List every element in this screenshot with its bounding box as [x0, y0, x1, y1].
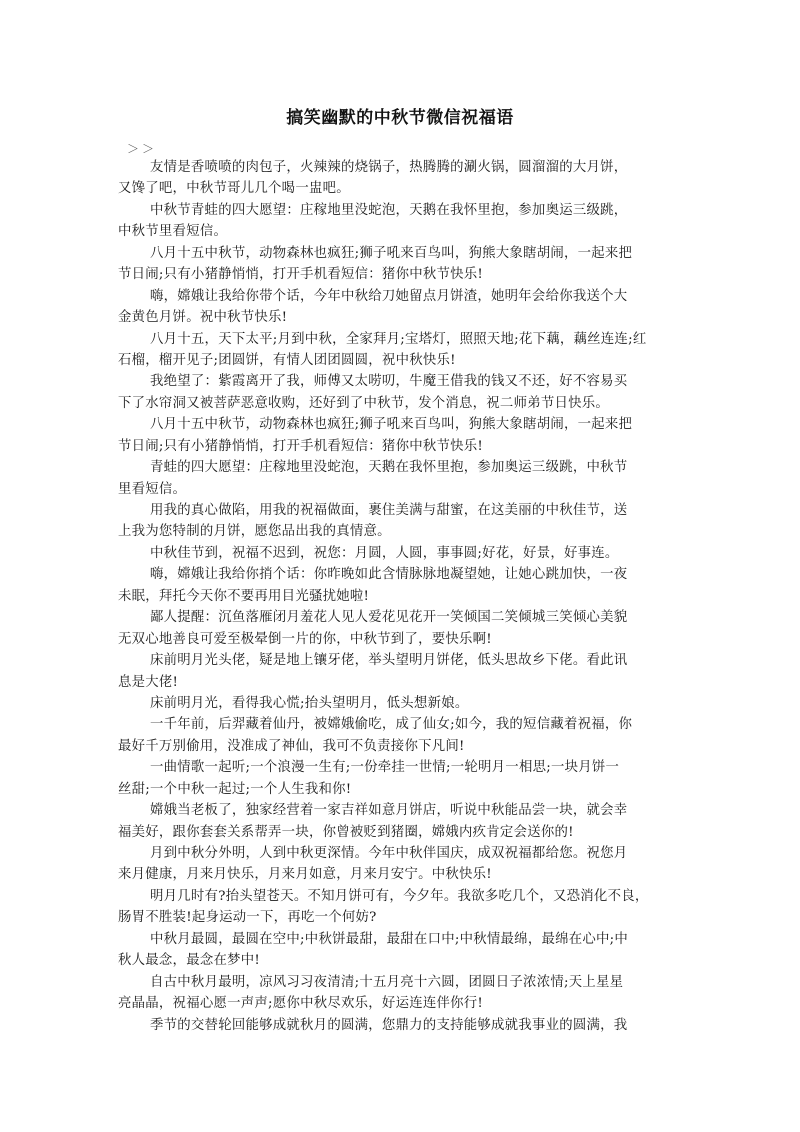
section-marker: ＞＞ [127, 141, 157, 157]
paragraph-line: 里看短信。 [118, 479, 688, 500]
paragraph-line: 明月几时有?抬头望苍天。不知月饼可有，今夕年。我欲多吃几个，又恐消化不良， [118, 886, 688, 907]
page-title: 搞笑幽默的中秋节微信祝福语 [0, 106, 800, 130]
paragraph-line: 亮晶晶，祝福心愿一声声;愿你中秋尽欢乐，好运连连伴你行! [118, 993, 688, 1014]
paragraph-line: 石榴，榴开见子;团圆饼，有情人团团圆圆，祝中秋快乐! [118, 350, 688, 371]
paragraph-line: 季节的交替轮回能够成就秋月的圆满，您鼎力的支持能够成就我事业的圆满，我 [118, 1015, 688, 1036]
paragraph: 嫦娥当老板了，独家经营着一家吉祥如意月饼店，听说中秋能品尝一块，就会幸福美好，跟… [118, 800, 688, 843]
paragraph-line: 友情是香喷喷的肉包子，火辣辣的烧锅子，热腾腾的涮火锅，圆溜溜的大月饼， [118, 157, 688, 178]
paragraph-line: 我绝望了：紫霞离开了我，师傅又太唠叨，牛魔王借我的钱又不还，好不容易买 [118, 371, 688, 392]
paragraph: 床前明月光，看得我心慌;抬头望明月，低头想新娘。 [118, 693, 688, 714]
paragraph: 中秋佳节到，祝福不迟到，祝您：月圆，人圆，事事圆;好花，好景，好事连。 [118, 543, 688, 564]
paragraph: 自古中秋月最明，凉风习习夜清清;十五月亮十六圆，团圆日子浓浓情;天上星星亮晶晶，… [118, 972, 688, 1015]
paragraph-line: 用我的真心做陷，用我的祝福做面，裹住美满与甜蜜，在这美丽的中秋佳节，送 [118, 500, 688, 521]
paragraph: 青蛙的四大愿望：庄稼地里没蛇泡，天鹅在我怀里抱，参加奥运三级跳，中秋节里看短信。 [118, 457, 688, 500]
paragraph-line: 来月健康，月来月快乐，月来月如意，月来月安宁。中秋快乐! [118, 864, 688, 885]
paragraph: 中秋月最圆，最圆在空中;中秋饼最甜，最甜在口中;中秋情最绵，最绵在心中;中秋人最… [118, 929, 688, 972]
paragraph-line: 又馋了吧，中秋节哥儿几个喝一盅吧。 [118, 178, 688, 199]
paragraph-line: 嫦娥当老板了，独家经营着一家吉祥如意月饼店，听说中秋能品尝一块，就会幸 [118, 800, 688, 821]
paragraph-line: 节日闹;只有小猪静悄悄，打开手机看短信：猪你中秋节快乐! [118, 264, 688, 285]
paragraph: 明月几时有?抬头望苍天。不知月饼可有，今夕年。我欲多吃几个，又恐消化不良，肠胃不… [118, 886, 688, 929]
paragraph: 一曲情歌一起听;一个浪漫一生有;一份牵挂一世情;一轮明月一相思;一块月饼一丝甜;… [118, 757, 688, 800]
paragraph: 八月十五中秋节，动物森林也疯狂;狮子吼来百鸟叫，狗熊大象瞎胡闹，一起来把节日闹;… [118, 414, 688, 457]
paragraph: 一千年前，后羿藏着仙丹，被嫦娥偷吃，成了仙女;如今，我的短信藏着祝福，你最好千万… [118, 714, 688, 757]
paragraph: 床前明月光头佬，疑是地上镶牙佬，举头望明月饼佬，低头思故乡下佬。看此讯息是大佬! [118, 650, 688, 693]
document-page: 搞笑幽默的中秋节微信祝福语 ＞＞ 友情是香喷喷的肉包子，火辣辣的烧锅子，热腾腾的… [0, 0, 800, 1132]
paragraph-line: 一千年前，后羿藏着仙丹，被嫦娥偷吃，成了仙女;如今，我的短信藏着祝福，你 [118, 714, 688, 735]
paragraph-line: 肠胃不胜装!起身运动一下，再吃一个何妨? [118, 907, 688, 928]
paragraph: 月到中秋分外明，人到中秋更深情。今年中秋伴国庆，成双祝福都给您。祝您月来月健康，… [118, 843, 688, 886]
paragraph-line: 中秋节青蛙的四大愿望：庄稼地里没蛇泡，天鹅在我怀里抱，参加奥运三级跳， [118, 200, 688, 221]
paragraph: 用我的真心做陷，用我的祝福做面，裹住美满与甜蜜，在这美丽的中秋佳节，送上我为您特… [118, 500, 688, 543]
paragraph-line: 金黄色月饼。祝中秋节快乐! [118, 307, 688, 328]
paragraph: 八月十五，天下太平;月到中秋，全家拜月;宝塔灯，照照天地;花下藕，藕丝连连;红石… [118, 329, 688, 372]
document-body: 友情是香喷喷的肉包子，火辣辣的烧锅子，热腾腾的涮火锅，圆溜溜的大月饼，又馋了吧，… [118, 157, 688, 1036]
paragraph-line: 最好千万别偷用，没准成了神仙，我可不负责接你下凡间! [118, 736, 688, 757]
paragraph-line: 丝甜;一个中秋一起过;一个人生我和你! [118, 779, 688, 800]
paragraph-line: 青蛙的四大愿望：庄稼地里没蛇泡，天鹅在我怀里抱，参加奥运三级跳，中秋节 [118, 457, 688, 478]
paragraph-line: 中秋佳节到，祝福不迟到，祝您：月圆，人圆，事事圆;好花，好景，好事连。 [118, 543, 688, 564]
paragraph-line: 息是大佬! [118, 672, 688, 693]
paragraph-line: 无双心地善良可爱至极晕倒一片的你，中秋节到了，要快乐啊! [118, 629, 688, 650]
paragraph: 鄙人提醒：沉鱼落雁闭月羞花人见人爱花见花开一笑倾国二笑倾城三笑倾心美貌无双心地善… [118, 607, 688, 650]
paragraph-line: 中秋节里看短信。 [118, 221, 688, 242]
paragraph: 友情是香喷喷的肉包子，火辣辣的烧锅子，热腾腾的涮火锅，圆溜溜的大月饼，又馋了吧，… [118, 157, 688, 200]
paragraph-line: 一曲情歌一起听;一个浪漫一生有;一份牵挂一世情;一轮明月一相思;一块月饼一 [118, 757, 688, 778]
paragraph-line: 嗨，嫦娥让我给你带个话，今年中秋给刀她留点月饼渣，她明年会给你我送个大 [118, 286, 688, 307]
paragraph-line: 中秋月最圆，最圆在空中;中秋饼最甜，最甜在口中;中秋情最绵，最绵在心中;中 [118, 929, 688, 950]
paragraph-line: 鄙人提醒：沉鱼落雁闭月羞花人见人爱花见花开一笑倾国二笑倾城三笑倾心美貌 [118, 607, 688, 628]
paragraph-line: 自古中秋月最明，凉风习习夜清清;十五月亮十六圆，团圆日子浓浓情;天上星星 [118, 972, 688, 993]
paragraph: 嗨，嫦娥让我给你捎个话：你昨晚如此含情脉脉地凝望她，让她心跳加快，一夜未眠，拜托… [118, 564, 688, 607]
paragraph-line: 八月十五中秋节，动物森林也疯狂;狮子吼来百鸟叫，狗熊大象瞎胡闹，一起来把 [118, 414, 688, 435]
paragraph-line: 月到中秋分外明，人到中秋更深情。今年中秋伴国庆，成双祝福都给您。祝您月 [118, 843, 688, 864]
paragraph-line: 嗨，嫦娥让我给你捎个话：你昨晚如此含情脉脉地凝望她，让她心跳加快，一夜 [118, 564, 688, 585]
paragraph: 八月十五中秋节，动物森林也疯狂;狮子吼来百鸟叫，狗熊大象瞎胡闹，一起来把节日闹;… [118, 243, 688, 286]
paragraph-line: 床前明月光，看得我心慌;抬头望明月，低头想新娘。 [118, 693, 688, 714]
paragraph-line: 八月十五，天下太平;月到中秋，全家拜月;宝塔灯，照照天地;花下藕，藕丝连连;红 [118, 329, 688, 350]
paragraph-line: 秋人最念，最念在梦中! [118, 950, 688, 971]
paragraph: 季节的交替轮回能够成就秋月的圆满，您鼎力的支持能够成就我事业的圆满，我 [118, 1015, 688, 1036]
paragraph-line: 八月十五中秋节，动物森林也疯狂;狮子吼来百鸟叫，狗熊大象瞎胡闹，一起来把 [118, 243, 688, 264]
paragraph: 嗨，嫦娥让我给你带个话，今年中秋给刀她留点月饼渣，她明年会给你我送个大金黄色月饼… [118, 286, 688, 329]
paragraph-line: 下了水帘洞又被菩萨恶意收购，还好到了中秋节，发个消息，祝二师弟节日快乐。 [118, 393, 688, 414]
paragraph: 中秋节青蛙的四大愿望：庄稼地里没蛇泡，天鹅在我怀里抱，参加奥运三级跳，中秋节里看… [118, 200, 688, 243]
paragraph: 我绝望了：紫霞离开了我，师傅又太唠叨，牛魔王借我的钱又不还，好不容易买下了水帘洞… [118, 371, 688, 414]
paragraph-line: 未眠，拜托今天你不要再用目光骚扰她啦! [118, 586, 688, 607]
paragraph-line: 福美好，跟你套套关系帮弄一块，你曾被贬到猪圈，嫦娥内疚肯定会送你的! [118, 822, 688, 843]
paragraph-line: 上我为您特制的月饼，愿您品出我的真情意。 [118, 521, 688, 542]
paragraph-line: 床前明月光头佬，疑是地上镶牙佬，举头望明月饼佬，低头思故乡下佬。看此讯 [118, 650, 688, 671]
paragraph-line: 节日闹;只有小猪静悄悄，打开手机看短信：猪你中秋节快乐! [118, 436, 688, 457]
